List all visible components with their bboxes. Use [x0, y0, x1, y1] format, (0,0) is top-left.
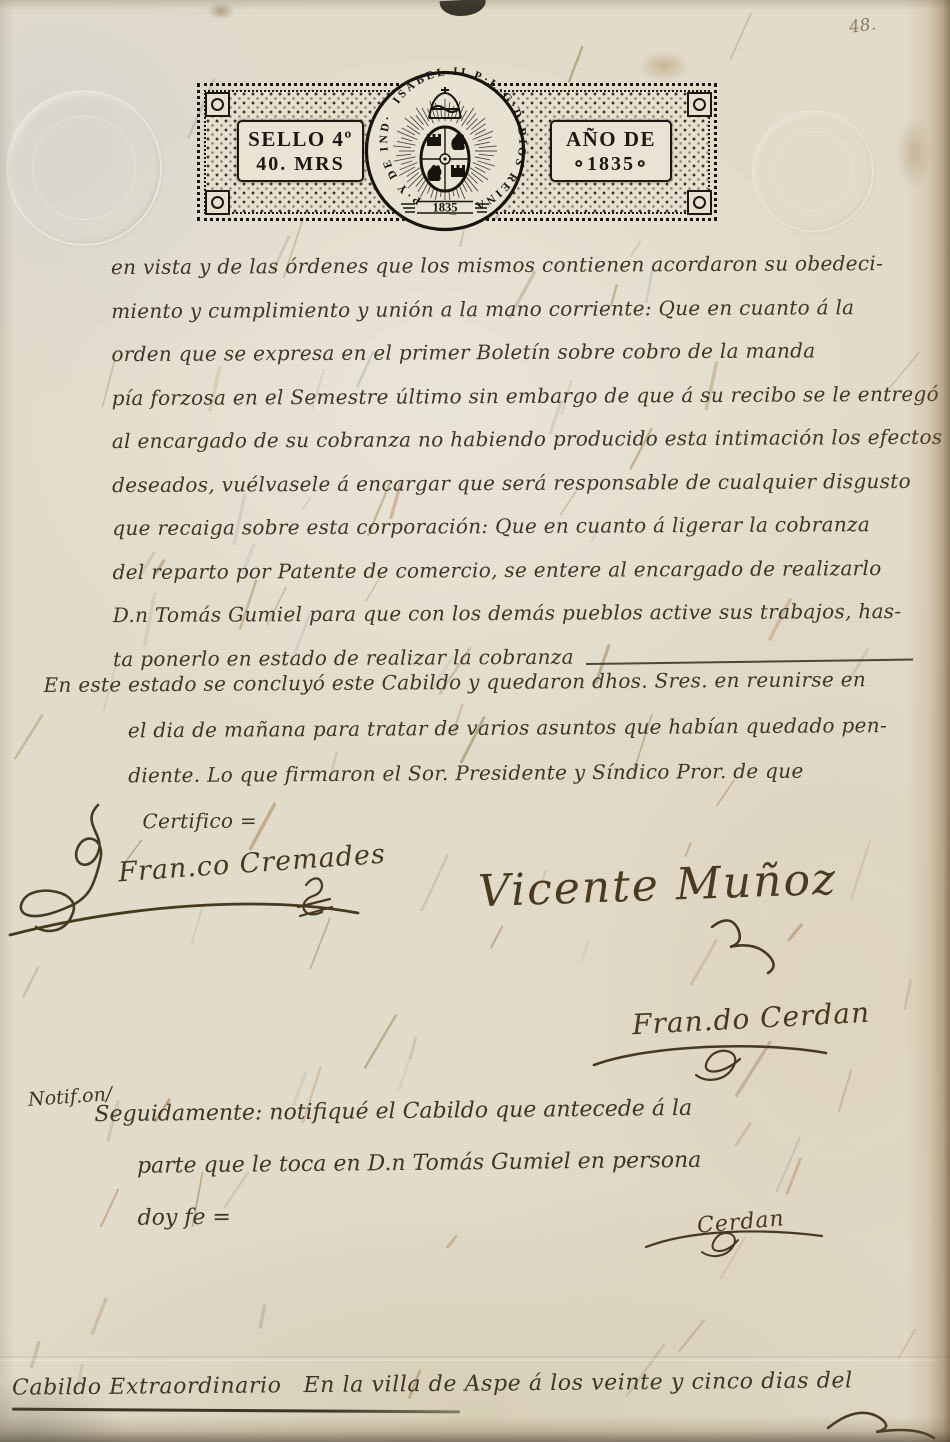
embossed-dry-seal-left [6, 90, 162, 246]
manuscript-line: al encargado de su cobranza no habiendo … [112, 416, 918, 464]
castle-glyph [427, 134, 441, 146]
manuscript-line: parte que le toca en D.n Tomás Gumiel en… [137, 1135, 702, 1193]
stamp-corner-ornament [687, 92, 712, 117]
stamp-corner-ornament [205, 92, 230, 117]
embossed-dry-seal-right [752, 110, 874, 232]
stamp-year-value: ∘1835∘ [572, 152, 649, 177]
notification-note: Seguidamente: notifiqué el Cabildo que a… [94, 1083, 702, 1245]
stamp-corner-ornament [687, 190, 712, 215]
stamp-value-line: 40. MRS [256, 152, 344, 177]
page-edge-top [0, 0, 950, 10]
stamp-year-panel: AÑO DE ∘1835∘ [550, 120, 672, 182]
coat-of-arms [421, 127, 469, 191]
manuscript-line: En este estado se concluyó este Cabildo … [43, 657, 886, 708]
rubric-flourish-cerdan [588, 1033, 838, 1091]
manuscript-line: en vista y de las órdenes que los mismos… [111, 242, 917, 290]
seal-year-text: 1835 [433, 201, 458, 215]
manuscript-line: doy fe = [137, 1187, 702, 1245]
page-corner-shadow [0, 1378, 130, 1442]
closing-heading-row: Cabildo Extraordinario En la villa de As… [12, 1368, 853, 1400]
paper-crease [0, 1356, 950, 1361]
manuscript-line: que recaiga sobre esta corporación: Que … [112, 503, 918, 551]
manuscript-line: pía forzosa en el Semestre último sin em… [112, 372, 918, 420]
body-paragraph-1: en vista y de las órdenes que los mismos… [111, 242, 919, 681]
manuscript-line: miento y cumplimiento y unión a la mano … [111, 285, 917, 333]
manuscript-line: diente. Lo que firmaron el Sor. Presiden… [128, 748, 887, 799]
folio-number: 48. [848, 14, 878, 38]
royal-seal-isabel-ii: ISABEL II P·L·G·D·DIOS REINA DE ESP·Y DE… [360, 66, 530, 236]
manuscript-page: 48. SELLO 4º 40. MRS AÑO DE ∘1835∘ ISABE… [0, 0, 950, 1442]
manuscript-line: D.n Tomás Gumiel para que con los demás … [113, 590, 919, 638]
manuscript-line: el dia de mañana para tratar de varios a… [128, 703, 887, 754]
revenue-stamp: SELLO 4º 40. MRS AÑO DE ∘1835∘ ISABEL II… [197, 83, 717, 221]
page-edge-bottom [0, 1416, 950, 1442]
stamp-year-label: AÑO DE [566, 126, 656, 152]
paper-stain [638, 50, 690, 82]
rubric-flourish-munoz [700, 905, 810, 975]
manuscript-line: del reparto por Patente de comercio, se … [112, 546, 918, 594]
manuscript-line: Seguidamente: notifiqué el Cabildo que a… [94, 1083, 701, 1141]
stamp-class-panel: SELLO 4º 40. MRS [237, 120, 364, 182]
closing-text: En la villa de Aspe á los veinte y cinco… [303, 1368, 852, 1398]
manuscript-line: orden que se expresa en el primer Boletí… [111, 329, 917, 377]
stamp-class-line: SELLO 4º [248, 126, 353, 152]
page-edge-right [906, 0, 950, 1442]
rubric-flourish-cerdan-small [640, 1220, 830, 1268]
page-edge-left [0, 0, 14, 1442]
stamp-corner-ornament [205, 190, 230, 215]
manuscript-line: deseados, vuélvasele á encargar que será… [112, 459, 918, 507]
